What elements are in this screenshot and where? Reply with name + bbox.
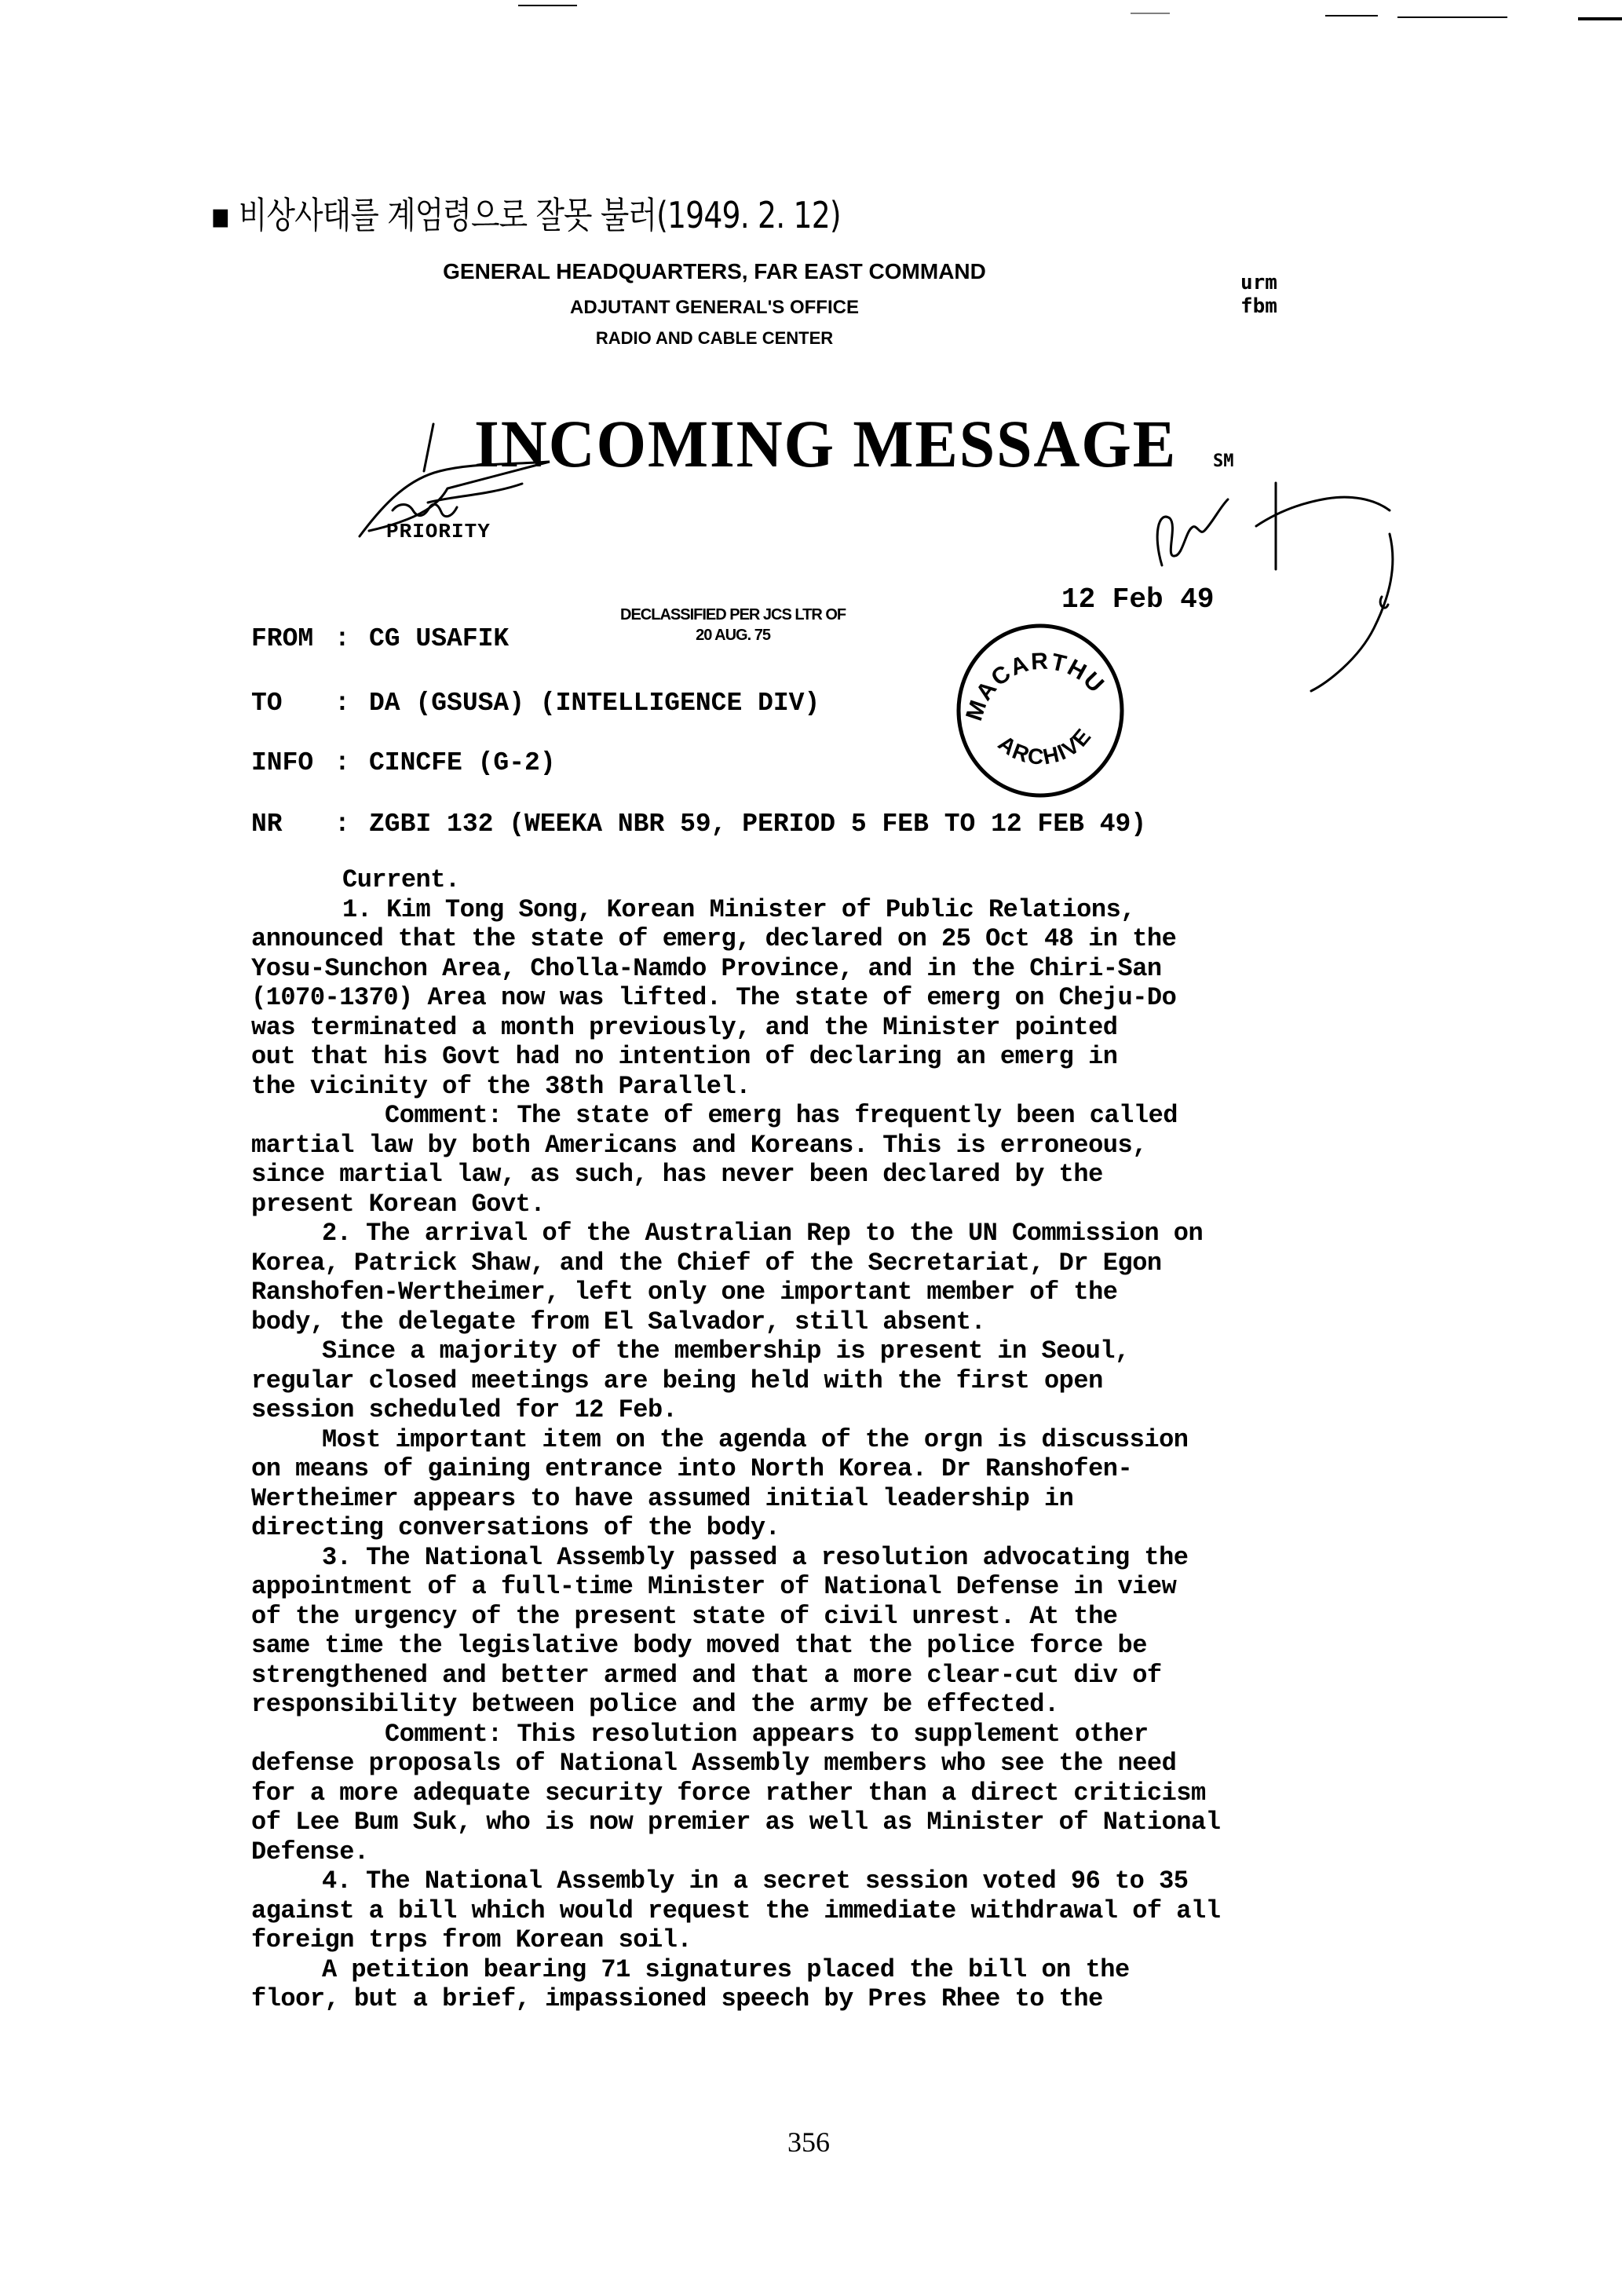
message-date: 12 Feb 49 (1061, 583, 1214, 616)
body-line: since martial law, as such, has never be… (251, 1160, 1445, 1190)
body-line: martial law by both Americans and Korean… (251, 1131, 1445, 1161)
body-line: of Lee Bum Suk, who is now premier as we… (251, 1808, 1445, 1837)
body-line: out that his Govt had no intention of de… (251, 1042, 1445, 1072)
body-line: Since a majority of the membership is pr… (251, 1336, 1445, 1366)
body-line: of the urgency of the present state of c… (251, 1602, 1445, 1632)
declass-line: DECLASSIFIED PER JCS LTR OF (620, 605, 846, 625)
body-line: 1. Kim Tong Song, Korean Minister of Pub… (251, 895, 1445, 925)
field-value: CINCFE (G-2) (369, 748, 556, 777)
archives-stamp-icon: MACARTHUR ARCHIVES (950, 620, 1131, 801)
body-line: regular closed meetings are being held w… (251, 1366, 1445, 1396)
stamp-top-text: MACARTHUR (950, 620, 1109, 724)
body-line: responsibility between police and the ar… (251, 1690, 1445, 1720)
body-line: 2. The arrival of the Australian Rep to … (251, 1219, 1445, 1249)
body-line: A petition bearing 71 signatures placed … (251, 1955, 1445, 1985)
letterhead-office: Adjutant General's Office (251, 297, 1178, 319)
margin-note-line: urm (1240, 271, 1277, 294)
bullet-icon: ▪ (210, 194, 230, 236)
margin-note: urm fbm (1240, 271, 1277, 318)
body-line: body, the delegate from El Salvador, sti… (251, 1307, 1445, 1337)
field-label: INFO (251, 748, 334, 777)
body-line: the vicinity of the 38th Parallel. (251, 1072, 1445, 1102)
body-line: was terminated a month previously, and t… (251, 1013, 1445, 1043)
body-line: Comment: The state of emerg has frequent… (251, 1101, 1445, 1131)
letterhead-center: RADIO AND CABLE CENTER (251, 328, 1178, 349)
message-body: Current.1. Kim Tong Song, Korean Ministe… (251, 865, 1445, 2014)
body-line: 4. The National Assembly in a secret ses… (251, 1866, 1445, 1896)
field-value: DA (GSUSA) (INTELLIGENCE DIV) (369, 689, 820, 718)
body-line: floor, but a brief, impassioned speech b… (251, 1984, 1445, 2014)
body-line: foreign trps from Korean soil. (251, 1925, 1445, 1955)
body-line: defense proposals of National Assembly m… (251, 1749, 1445, 1779)
body-line: same time the legislative body moved tha… (251, 1631, 1445, 1661)
body-line: on means of gaining entrance into North … (251, 1454, 1445, 1484)
body-line: Korea, Patrick Shaw, and the Chief of th… (251, 1249, 1445, 1278)
body-line: session scheduled for 12 Feb. (251, 1395, 1445, 1425)
field-value: ZGBI 132 (WEEKA NBR 59, PERIOD 5 FEB TO … (369, 810, 1146, 839)
letterhead-hq: GENERAL HEADQUARTERS, FAR EAST COMMAND (251, 259, 1178, 284)
body-line: Wertheimer appears to have assumed initi… (251, 1484, 1445, 1514)
svg-text:MACARTHUR: MACARTHUR (950, 620, 1109, 724)
body-line: directing conversations of the body. (251, 1513, 1445, 1543)
field-label: FROM (251, 624, 334, 653)
field-label: NR (251, 810, 334, 839)
field-value: CG USAFIK (369, 624, 509, 653)
svg-text:ARCHIVES: ARCHIVES (950, 620, 1097, 770)
body-line: against a bill which would request the i… (251, 1896, 1445, 1926)
stamp-bottom-text: ARCHIVES (950, 620, 1097, 770)
margin-note-line: fbm (1240, 294, 1277, 318)
document-title: INCOMING MESSAGE (474, 404, 1177, 483)
body-line: for a more adequate security force rathe… (251, 1779, 1445, 1808)
declassification-stamp: DECLASSIFIED PER JCS LTR OF 20 AUG. 75 (620, 605, 846, 645)
body-line: 3. The National Assembly passed a resolu… (251, 1543, 1445, 1573)
sm-mark: SM (1213, 452, 1234, 471)
body-line: Comment: This resolution appears to supp… (251, 1720, 1445, 1749)
body-line: strengthened and better armed and that a… (251, 1661, 1445, 1691)
field-from: FROM:CG USAFIK (251, 624, 509, 653)
body-line: Yosu-Sunchon Area, Cholla-Namdo Province… (251, 954, 1445, 984)
body-line: appointment of a full-time Minister of N… (251, 1572, 1445, 1602)
page-number: 356 (787, 2126, 830, 2159)
field-label: TO (251, 689, 334, 718)
body-line: Ranshofen-Wertheimer, left only one impo… (251, 1278, 1445, 1307)
field-nr: NR:ZGBI 132 (WEEKA NBR 59, PERIOD 5 FEB … (251, 810, 1146, 839)
field-to: TO:DA (GSUSA) (INTELLIGENCE DIV) (251, 689, 820, 718)
priority-label: PRIORITY (386, 520, 491, 543)
body-line: announced that the state of emerg, decla… (251, 924, 1445, 954)
body-line: Defense. (251, 1837, 1445, 1867)
field-info: INFO:CINCFE (G-2) (251, 748, 556, 777)
body-line: present Korean Govt. (251, 1190, 1445, 1219)
handwritten-signatures (0, 0, 1622, 785)
korean-caption: ▪ 비상사태를 계엄령으로 잘못 불러(1949. 2. 12) (210, 187, 841, 239)
declass-line: 20 AUG. 75 (620, 625, 846, 645)
scan-edge-artifacts (0, 0, 1622, 24)
body-line: Most important item on the agenda of the… (251, 1425, 1445, 1455)
caption-text: 비상사태를 계엄령으로 잘못 불러(1949. 2. 12) (239, 194, 841, 236)
body-line: (1070-1370) Area now was lifted. The sta… (251, 983, 1445, 1013)
body-line: Current. (251, 865, 1445, 895)
